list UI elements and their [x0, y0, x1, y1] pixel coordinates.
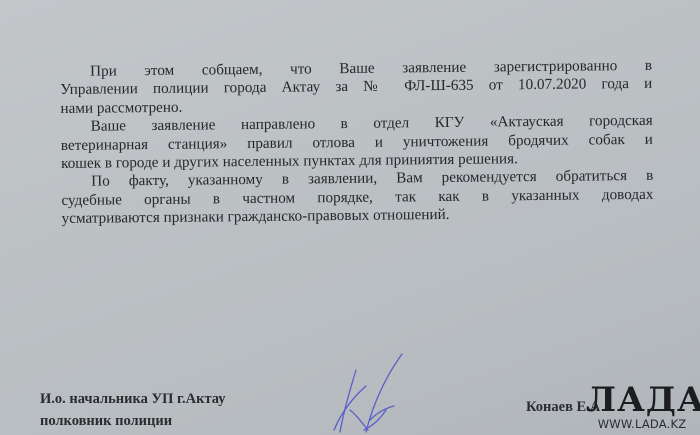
signatory-rank: полковник полиции [40, 410, 226, 432]
document-page: При этом собщаем, что Ваше заявление зар… [0, 0, 700, 435]
lada-logo: ЛАДА [586, 383, 698, 417]
letter-body: При этом собщаем, что Ваше заявление зар… [60, 57, 654, 229]
signatory-title: И.о. начальника УП г.Актау полковник пол… [40, 388, 226, 432]
paragraph-registration: При этом собщаем, что Ваше заявление зар… [60, 57, 653, 118]
lada-url: WWW.LADA.KZ [586, 417, 698, 431]
paragraph-recommendation: По факту, указанному в заявлении, Вам ре… [61, 167, 654, 228]
paragraph-forwarded: Ваше заявление направлено в отдел КГУ «А… [61, 112, 654, 173]
lada-watermark: ЛАДА WWW.LADA.KZ [586, 383, 698, 431]
signatory-position: И.о. начальника УП г.Актау [40, 388, 226, 410]
handwritten-signature-icon [320, 350, 430, 435]
